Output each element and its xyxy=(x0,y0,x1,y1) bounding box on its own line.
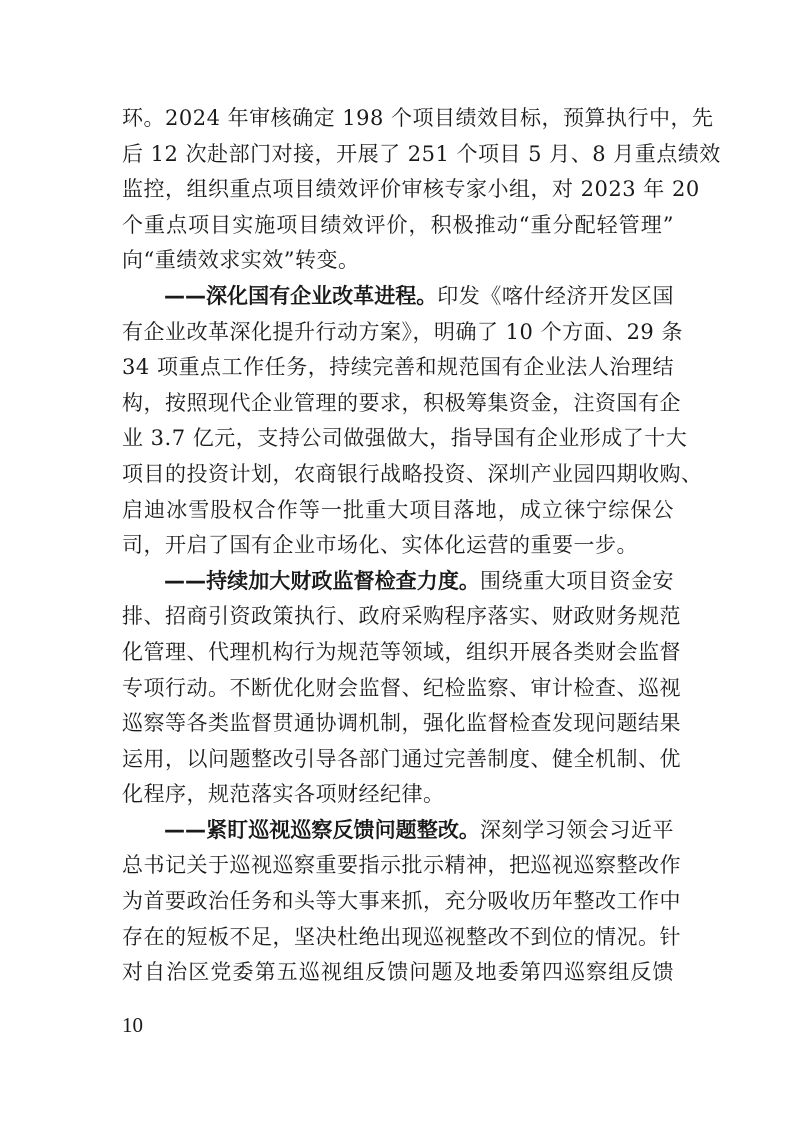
text-line: 后 12 次赴部门对接，开展了 251 个项目 5 月、8 月重点绩效 xyxy=(122,137,674,173)
text-span: 深刻学习领会习近平 xyxy=(480,818,674,842)
text-span: 围绕重大项目资金安 xyxy=(480,569,674,593)
section-heading: ——持续加大财政监督检查力度。 xyxy=(164,569,480,593)
text-line: 化程序，规范落实各项财经纪律。 xyxy=(122,777,674,813)
text-line: 有企业改革深化提升行动方案》，明确了 10 个方面、29 条 xyxy=(122,315,674,351)
section-heading: ——紧盯巡视巡察反馈问题整改。 xyxy=(164,818,480,842)
section-heading: ——深化国有企业改革进程。 xyxy=(164,284,437,308)
paragraph-first-line: ——持续加大财政监督检查力度。围绕重大项目资金安 xyxy=(122,564,674,600)
document-page: 环。2024 年审核确定 198 个项目绩效目标，预算执行中，先 后 12 次赴… xyxy=(0,0,793,1122)
paragraph-first-line: ——紧盯巡视巡察反馈问题整改。深刻学习领会习近平 xyxy=(122,813,674,849)
text-line: 对自治区党委第五巡视组反馈问题及地委第四巡察组反馈 xyxy=(122,955,674,991)
text-line: 监控，组织重点项目绩效评价审核专家小组，对 2023 年 20 xyxy=(122,172,674,208)
text-line: 环。2024 年审核确定 198 个项目绩效目标，预算执行中，先 xyxy=(122,101,674,137)
text-line: 业 3.7 亿元，支持公司做强做大，指导国有企业形成了十大 xyxy=(122,421,674,457)
text-line: 运用，以问题整改引导各部门通过完善制度、健全机制、优 xyxy=(122,742,674,778)
text-line: 为首要政治任务和头等大事来抓，充分吸收历年整改工作中 xyxy=(122,884,674,920)
page-number: 10 xyxy=(122,1013,143,1038)
text-line: 启迪冰雪股权合作等一批重大项目落地，成立徕宁综保公 xyxy=(122,493,674,529)
text-line: 个重点项目实施项目绩效评价，积极推动“重分配轻管理” xyxy=(122,208,674,244)
text-line: 化管理、代理机构行为规范等领域，组织开展各类财会监督 xyxy=(122,635,674,671)
body-text: 环。2024 年审核确定 198 个项目绩效目标，预算执行中，先 后 12 次赴… xyxy=(122,101,674,991)
text-line: 构，按照现代企业管理的要求，积极筹集资金，注资国有企 xyxy=(122,386,674,422)
text-line: 巡察等各类监督贯通协调机制，强化监督检查发现问题结果 xyxy=(122,706,674,742)
text-line: 司，开启了国有企业市场化、实体化运营的重要一步。 xyxy=(122,528,674,564)
text-line: 专项行动。不断优化财会监督、纪检监察、审计检查、巡视 xyxy=(122,671,674,707)
text-line: 总书记关于巡视巡察重要指示批示精神，把巡视巡察整改作 xyxy=(122,848,674,884)
text-line: 向“重绩效求实效”转变。 xyxy=(122,243,674,279)
text-line: 存在的短板不足，坚决杜绝出现巡视整改不到位的情况。针 xyxy=(122,920,674,956)
text-line: 排、招商引资政策执行、政府采购程序落实、财政财务规范 xyxy=(122,599,674,635)
text-span: 印发《喀什经济开发区国 xyxy=(437,284,674,308)
text-line: 34 项重点工作任务，持续完善和规范国有企业法人治理结 xyxy=(122,350,674,386)
text-line: 项目的投资计划，农商银行战略投资、深圳产业园四期收购、 xyxy=(122,457,674,493)
paragraph-first-line: ——深化国有企业改革进程。印发《喀什经济开发区国 xyxy=(122,279,674,315)
